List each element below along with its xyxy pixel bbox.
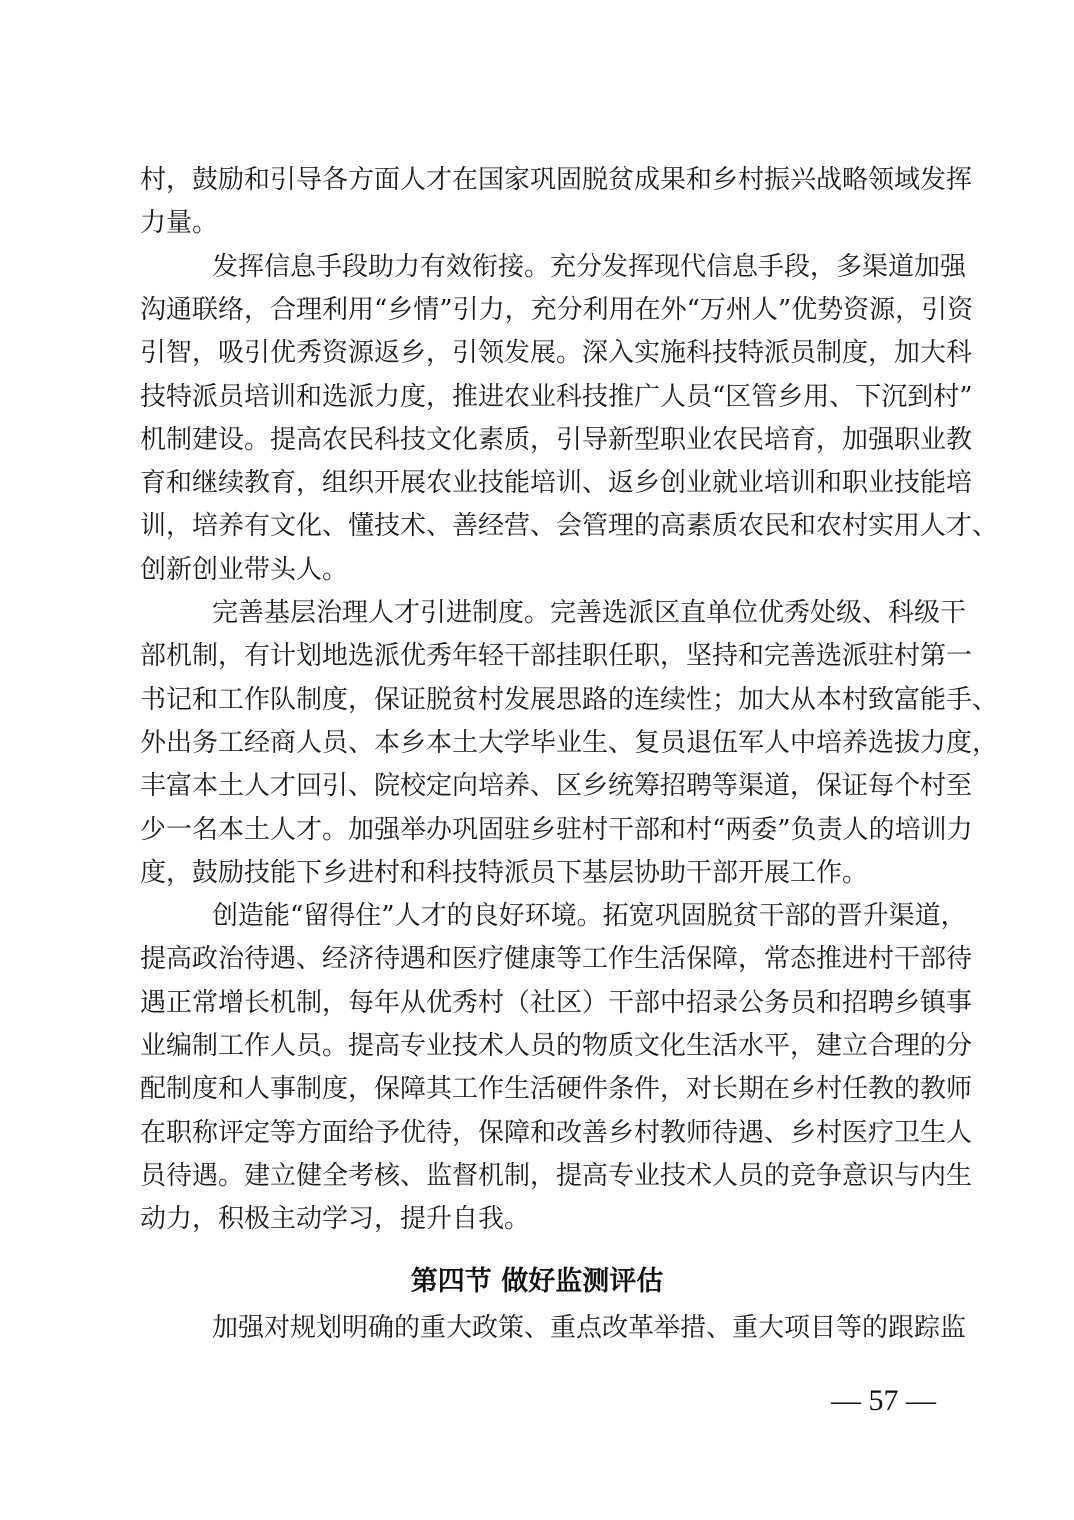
paragraph-line: 引智，吸引优秀资源返乡，引领发展。深入实施科技特派员制度，加大科 xyxy=(140,331,936,375)
paragraph-line: 遇正常增长机制，每年从优秀村（社区）干部中招录公务员和招聘乡镇事 xyxy=(140,981,936,1025)
paragraph-line: 动力，积极主动学习，提升自我。 xyxy=(140,1197,936,1241)
paragraph-line: 丰富本土人才回引、院校定向培养、区乡统筹招聘等渠道，保证每个村至 xyxy=(140,764,936,808)
paragraph-line: 完善基层治理人才引进制度。完善选派区直单位优秀处级、科级干 xyxy=(212,591,936,635)
paragraph-line: 提高政治待遇、经济待遇和医疗健康等工作生活保障，常态推进村干部待 xyxy=(140,937,936,981)
paragraph-line: 加强对规划明确的重大政策、重点改革举措、重大项目等的跟踪监 xyxy=(212,1306,936,1350)
paragraph-line: 创新创业带头人。 xyxy=(140,548,936,592)
paragraph-line: 书记和工作队制度，保证脱贫村发展思路的连续性；加大从本村致富能手、 xyxy=(140,678,936,722)
paragraph-line: 机制建设。提高农民科技文化素质，引导新型职业农民培育，加强职业教 xyxy=(140,418,936,462)
paragraph-line: 部机制，有计划地选派优秀年轻干部挂职任职，坚持和完善选派驻村第一 xyxy=(140,634,936,678)
section-heading: 第四节 做好监测评估 xyxy=(0,1260,1074,1304)
paragraph-line: 创造能“留得住”人才的良好环境。拓宽巩固脱贫干部的晋升渠道， xyxy=(212,894,936,938)
paragraph-line: 业编制工作人员。提高专业技术人员的物质文化生活水平，建立合理的分 xyxy=(140,1024,936,1068)
paragraph-line: 村，鼓励和引导各方面人才在国家巩固脱贫成果和乡村振兴战略领域发挥 xyxy=(140,158,936,202)
paragraph-line: 沟通联络，合理利用“乡情”引力，充分利用在外“万州人”优势资源，引资 xyxy=(140,288,936,332)
paragraph-line: 力量。 xyxy=(140,201,936,245)
paragraph-line: 育和继续教育，组织开展农业技能培训、返乡创业就业培训和职业技能培 xyxy=(140,461,936,505)
paragraph-line: 在职称评定等方面给予优待，保障和改善乡村教师待遇、乡村医疗卫生人 xyxy=(140,1111,936,1155)
document-page: 村，鼓励和引导各方面人才在国家巩固脱贫成果和乡村振兴战略领域发挥力量。发挥信息手… xyxy=(0,0,1074,1520)
paragraph-line: 员待遇。建立健全考核、监督机制，提高专业技术人员的竞争意识与内生 xyxy=(140,1154,936,1198)
paragraph-line: 技特派员培训和选派力度，推进农业科技推广人员“区管乡用、下沉到村” xyxy=(140,375,936,419)
paragraph-line: 训，培养有文化、懂技术、善经营、会管理的高素质农民和农村实用人才、 xyxy=(140,504,936,548)
paragraph-line: 少一名本土人才。加强举办巩固驻乡驻村干部和村“两委”负责人的培训力 xyxy=(140,808,936,852)
paragraph-line: 度，鼓励技能下乡进村和科技特派员下基层协助干部开展工作。 xyxy=(140,851,936,895)
page-number: — 57 — xyxy=(831,1384,936,1418)
paragraph-line: 配制度和人事制度，保障其工作生活硬件条件，对长期在乡村任教的教师 xyxy=(140,1067,936,1111)
paragraph-line: 外出务工经商人员、本乡本土大学毕业生、复员退伍军人中培养选拔力度， xyxy=(140,721,936,765)
paragraph-line: 发挥信息手段助力有效衔接。充分发挥现代信息手段，多渠道加强 xyxy=(212,245,936,289)
